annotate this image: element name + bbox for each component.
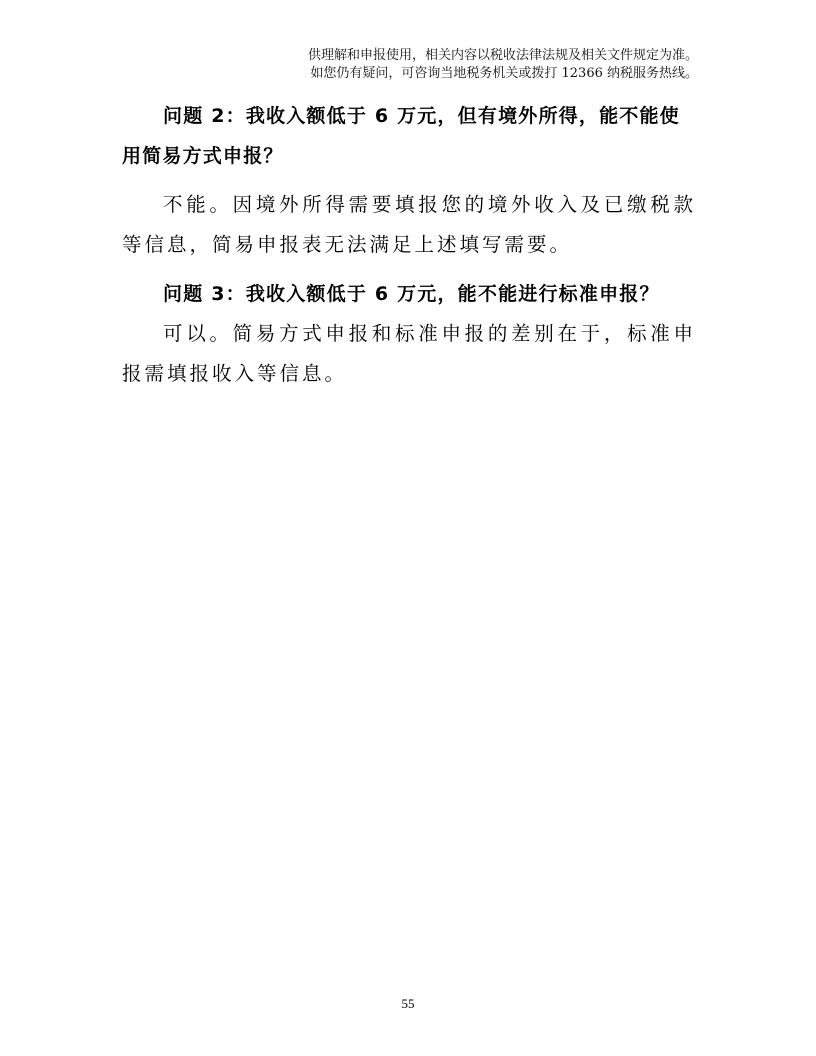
- question-3-heading: 问题 3：我收入额低于 6 万元，能不能进行标准申报？: [122, 274, 696, 314]
- question-2-heading: 问题 2：我收入额低于 6 万元，但有境外所得，能不能使用简易方式申报？: [122, 96, 696, 176]
- header-note-line-2: 如您仍有疑问，可咨询当地税务机关或拨打 12366 纳税服务热线。: [308, 65, 698, 83]
- question-2-answer: 不能。因境外所得需要填报您的境外收入及已缴税款等信息，简易申报表无法满足上述填写…: [122, 185, 696, 265]
- question-3-answer: 可以。简易方式申报和标准申报的差别在于，标准申报需填报收入等信息。: [122, 314, 696, 394]
- header-note-line-1: 供理解和申报使用，相关内容以税收法律法规及相关文件规定为准。: [308, 47, 698, 65]
- page-number: 55: [0, 996, 816, 1012]
- document-body: 问题 2：我收入额低于 6 万元，但有境外所得，能不能使用简易方式申报？ 不能。…: [122, 96, 696, 394]
- header-note: 供理解和申报使用，相关内容以税收法律法规及相关文件规定为准。 如您仍有疑问，可咨…: [308, 47, 698, 83]
